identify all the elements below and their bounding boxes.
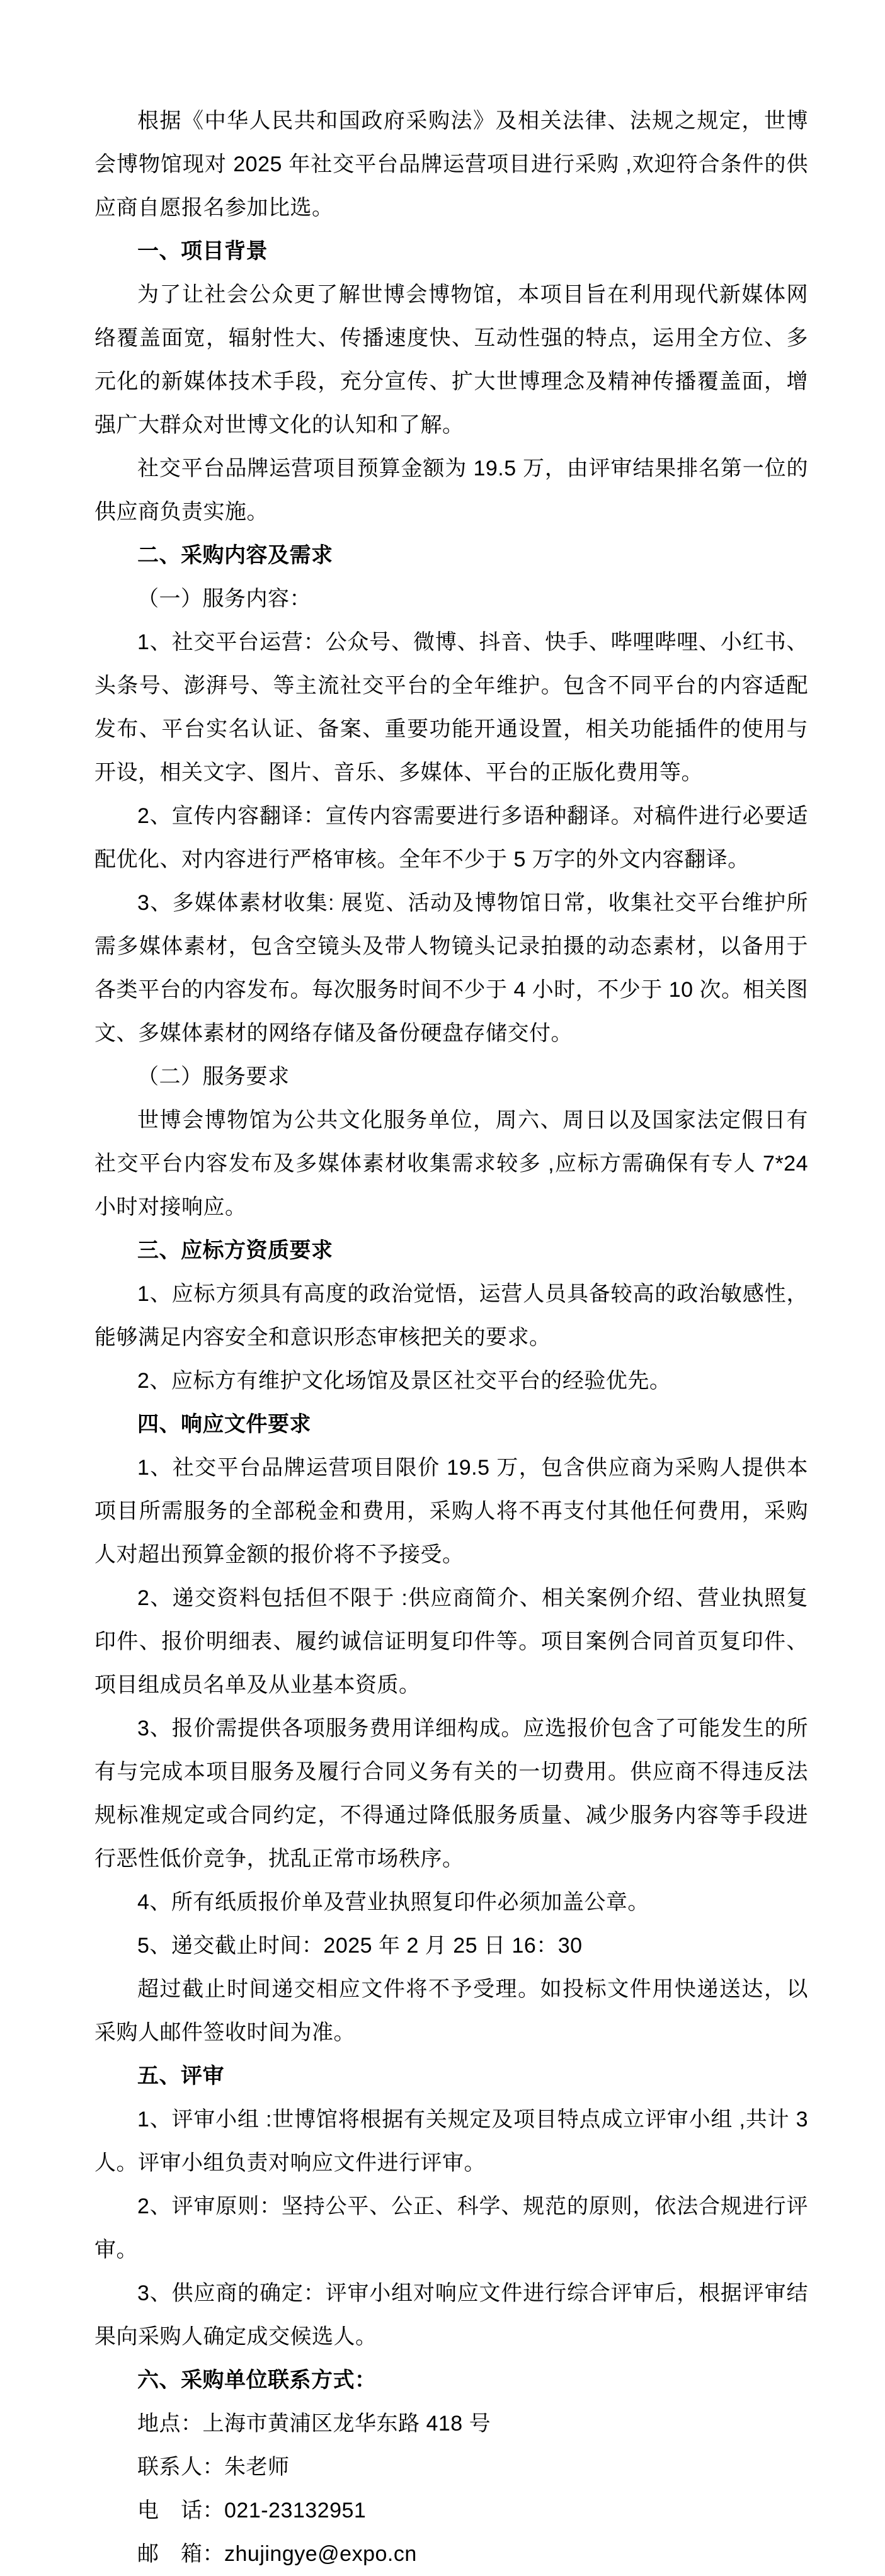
section-5-paragraph: 1、评审小组 :世博馆将根据有关规定及项目特点成立评审小组 ,共计 3 人。评审…	[94, 2098, 808, 2185]
section-2-subheading-service-content: （一）服务内容：	[94, 577, 808, 621]
section-4-heading: 四、响应文件要求	[94, 1403, 808, 1446]
section-2-heading: 二、采购内容及需求	[94, 534, 808, 577]
section-2-paragraph: 2、宣传内容翻译：宣传内容需要进行多语种翻译。对稿件进行必要适配优化、对内容进行…	[94, 795, 808, 882]
section-3-heading: 三、应标方资质要求	[94, 1229, 808, 1273]
section-1-paragraph: 社交平台品牌运营项目预算金额为 19.5 万，由评审结果排名第一位的供应商负责实…	[94, 447, 808, 534]
procurement-notice-document: 根据《中华人民共和国政府采购法》及相关法律、法规之规定，世博会博物馆现对 202…	[0, 0, 885, 2576]
contact-email-line: 邮 箱：zhujingye@expo.cn	[94, 2533, 808, 2576]
section-2-paragraph: 1、社交平台运营：公众号、微博、抖音、快手、哔哩哔哩、小红书、头条号、澎湃号、等…	[94, 621, 808, 795]
section-4-deadline-paragraph: 5、递交截止时间：2025 年 2 月 25 日 16：30	[94, 1924, 808, 1968]
section-5-paragraph: 2、评审原则：坚持公平、公正、科学、规范的原则，依法合规进行评审。	[94, 2185, 808, 2272]
section-2-paragraph: 3、多媒体素材收集: 展览、活动及博物馆日常，收集社交平台维护所需多媒体素材，包…	[94, 882, 808, 1055]
section-2-paragraph: 世博会博物馆为公共文化服务单位，周六、周日以及国家法定假日有社交平台内容发布及多…	[94, 1099, 808, 1229]
section-1-heading: 一、项目背景	[94, 230, 808, 273]
section-4-paragraph: 2、递交资料包括但不限于 :供应商简介、相关案例介绍、营业执照复印件、报价明细表…	[94, 1577, 808, 1707]
contact-address-line: 地点：上海市黄浦区龙华东路 418 号	[94, 2402, 808, 2446]
section-6-heading: 六、采购单位联系方式：	[94, 2359, 808, 2402]
section-5-paragraph: 3、供应商的确定：评审小组对响应文件进行综合评审后，根据评审结果向采购人确定成交…	[94, 2272, 808, 2359]
contact-phone-line: 电 话：021-23132951	[94, 2489, 808, 2533]
section-1-paragraph: 为了让社会公众更了解世博会博物馆，本项目旨在利用现代新媒体网络覆盖面宽，辐射性大…	[94, 273, 808, 447]
section-4-paragraph: 1、社交平台品牌运营项目限价 19.5 万，包含供应商为采购人提供本项目所需服务…	[94, 1446, 808, 1577]
intro-paragraph: 根据《中华人民共和国政府采购法》及相关法律、法规之规定，世博会博物馆现对 202…	[94, 99, 808, 230]
section-4-paragraph: 超过截止时间递交相应文件将不予受理。如投标文件用快递送达，以采购人邮件签收时间为…	[94, 1968, 808, 2055]
section-5-heading: 五、评审	[94, 2055, 808, 2098]
section-2-subheading-service-requirements: （二）服务要求	[94, 1055, 808, 1099]
section-4-paragraph: 3、报价需提供各项服务费用详细构成。应选报价包含了可能发生的所有与完成本项目服务…	[94, 1707, 808, 1881]
section-3-paragraph: 1、应标方须具有高度的政治觉悟，运营人员具备较高的政治敏感性，能够满足内容安全和…	[94, 1273, 808, 1359]
section-4-paragraph: 4、所有纸质报价单及营业执照复印件必须加盖公章。	[94, 1881, 808, 1924]
contact-person-line: 联系人：朱老师	[94, 2446, 808, 2489]
section-3-paragraph: 2、应标方有维护文化场馆及景区社交平台的经验优先。	[94, 1359, 808, 1403]
